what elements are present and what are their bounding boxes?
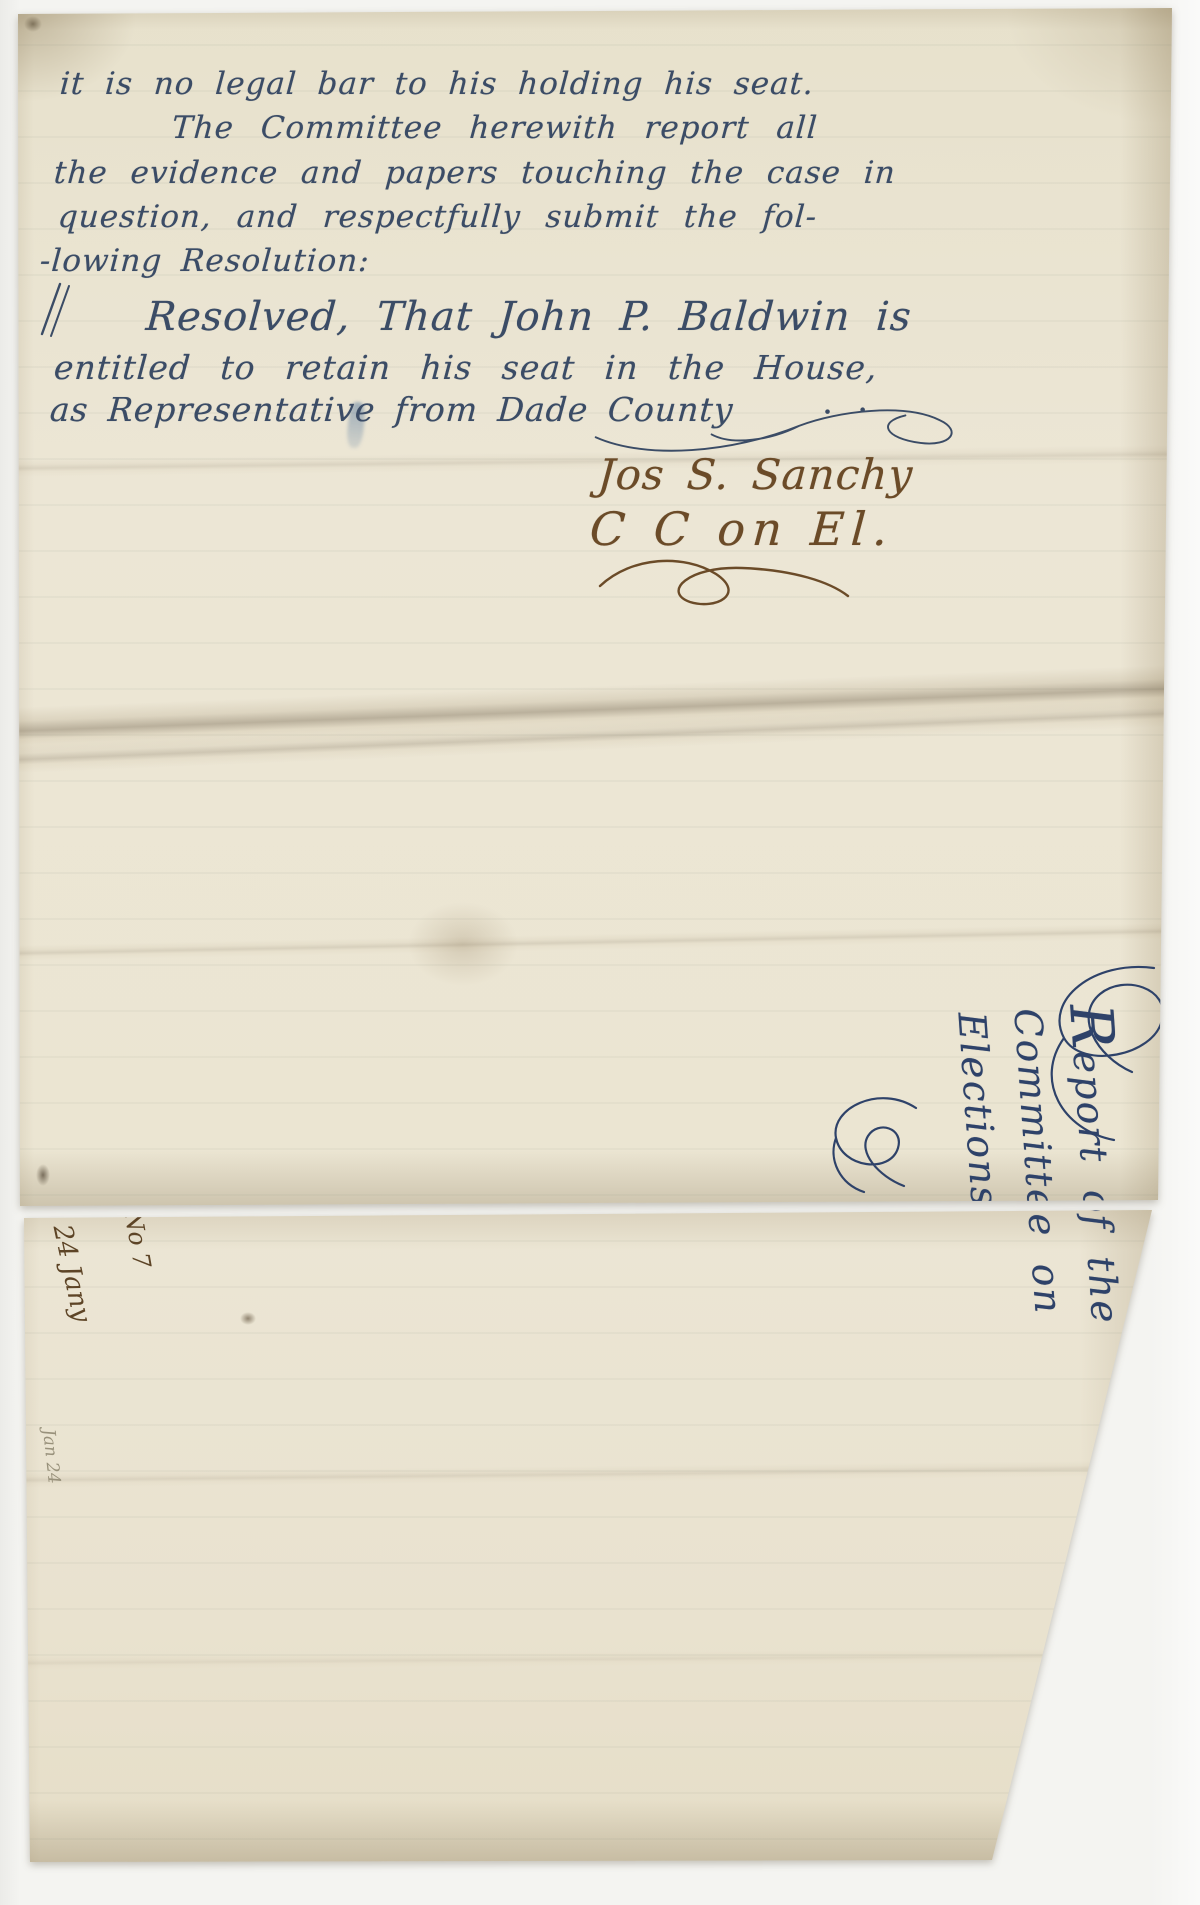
annotation-pencil-date: Jan 24 xyxy=(38,1428,64,1485)
annotation-number: No 7 xyxy=(118,1208,156,1270)
docket-line: Elections xyxy=(943,1010,1022,1343)
docket-block-continued: Report of the Committee on Elections xyxy=(943,1002,1141,1343)
stain xyxy=(240,1312,256,1325)
annotation-date: 24 Jany xyxy=(47,1222,97,1325)
photo-background: it is no legal bar to his holding his se… xyxy=(0,0,1200,1905)
fold-crease xyxy=(0,1648,1190,1670)
paper-lower-piece: Report of the Committee on Elections No … xyxy=(0,0,1200,1905)
paper-surface: Report of the Committee on Elections No … xyxy=(0,0,1200,1905)
fold-crease xyxy=(0,1460,1190,1488)
ruled-lines xyxy=(0,0,1200,1905)
